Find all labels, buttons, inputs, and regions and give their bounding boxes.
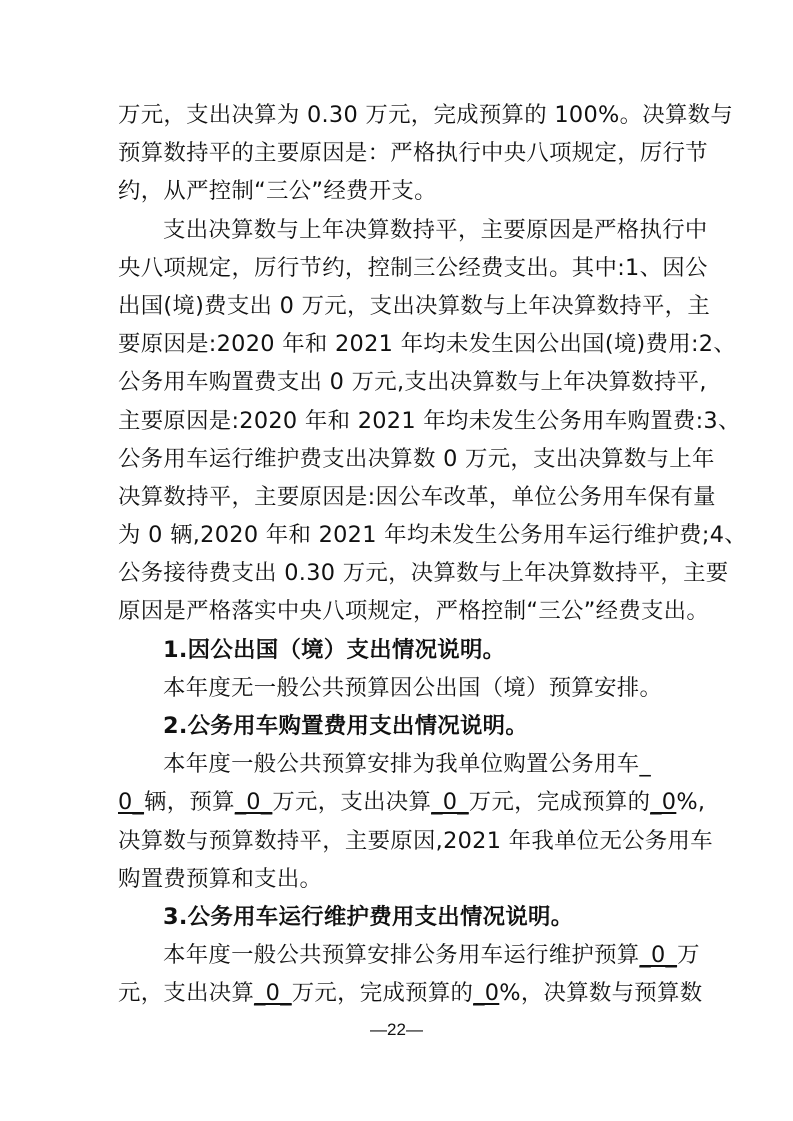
paragraph-line-with-values: 元，支出决算_0_万元，完成预算的_0%，决算数与预算数 (118, 974, 684, 1012)
text-fragment: 万元，支出决算 (272, 789, 431, 815)
paragraph-line-with-values: 0_辆，预算_0_万元，支出决算_0_万元，完成预算的_0%, (118, 783, 684, 821)
section-heading-vehicle-maintenance: 3.公务用车运行维护费用支出情况说明。 (118, 898, 684, 936)
paragraph-line: 公务用车运行维护费支出决算数 0 万元，支出决算数与上年 (118, 440, 684, 478)
paragraph-line: 主要原因是:2020 年和 2021 年均未发生公务用车购置费:3、 (118, 402, 684, 440)
paragraph-line: 要原因是:2020 年和 2021 年均未发生因公出国(境)费用:2、 (118, 325, 684, 363)
paragraph-line: 央八项规定，厉行节约，控制三公经费支出。其中:1、因公 (118, 249, 684, 287)
paragraph-line: 决算数与预算数持平，主要原因,2021 年我单位无公务用车 (118, 822, 684, 860)
text-fragment: 元，支出决算 (118, 980, 254, 1006)
vehicle-count-value: 0_ (118, 789, 144, 815)
section-heading-vehicle-purchase: 2.公务用车购置费用支出情况说明。 (118, 707, 684, 745)
text-fragment: %, (676, 789, 705, 815)
paragraph-line: 本年度一般公共预算安排为我单位购置公务用车_ (118, 745, 684, 783)
text-fragment: 辆，预算 (144, 789, 235, 815)
maintenance-actual-value: _0_ (254, 980, 292, 1006)
text-fragment: 万元，完成预算的 (469, 789, 651, 815)
paragraph-line: 预算数持平的主要原因是：严格执行中央八项规定，厉行节 (118, 134, 684, 172)
text-fragment: 本年度一般公共预算安排公务用车运行维护预算 (163, 942, 640, 968)
paragraph-line: 万元，支出决算为 0.30 万元，完成预算的 100%。决算数与 (118, 96, 684, 134)
paragraph-line: 公务接待费支出 0.30 万元，决算数与上年决算数持平，主要 (118, 554, 684, 592)
maintenance-completion-rate-value: _0 (473, 980, 499, 1006)
paragraph-line: 决算数持平，主要原因是:因公车改革，单位公务用车保有量 (118, 478, 684, 516)
paragraph-line-with-values: 本年度一般公共预算安排公务用车运行维护预算_0_万 (118, 936, 684, 974)
paragraph-line: 出国(境)费支出 0 万元，支出决算数与上年决算数持平，主 (118, 287, 684, 325)
budget-value: _0_ (235, 789, 273, 815)
page-number: —22— (0, 1020, 793, 1040)
paragraph-line: 公务用车购置费支出 0 万元,支出决算数与上年决算数持平, (118, 363, 684, 401)
section-body-overseas: 本年度无一般公共预算因公出国（境）预算安排。 (118, 669, 684, 707)
text-fragment: 万 (677, 942, 700, 968)
paragraph-line: 支出决算数与上年决算数持平，主要原因是严格执行中 (118, 211, 684, 249)
maintenance-budget-value: _0_ (640, 942, 678, 968)
document-page: 万元，支出决算为 0.30 万元，完成预算的 100%。决算数与 预算数持平的主… (118, 96, 684, 1013)
paragraph-line: 购置费预算和支出。 (118, 860, 684, 898)
section-heading-overseas: 1.因公出国（境）支出情况说明。 (118, 631, 684, 669)
paragraph-line: 原因是严格落实中央八项规定，严格控制“三公”经费支出。 (118, 592, 684, 630)
text-fragment: 万元，完成预算的 (292, 980, 474, 1006)
completion-rate-value: _0 (650, 789, 676, 815)
paragraph-line: 约，从严控制“三公”经费开支。 (118, 172, 684, 210)
paragraph-line: 为 0 辆,2020 年和 2021 年均未发生公务用车运行维护费;4、 (118, 516, 684, 554)
text-fragment: %，决算数与预算数 (499, 980, 702, 1006)
actual-value: _0_ (431, 789, 469, 815)
